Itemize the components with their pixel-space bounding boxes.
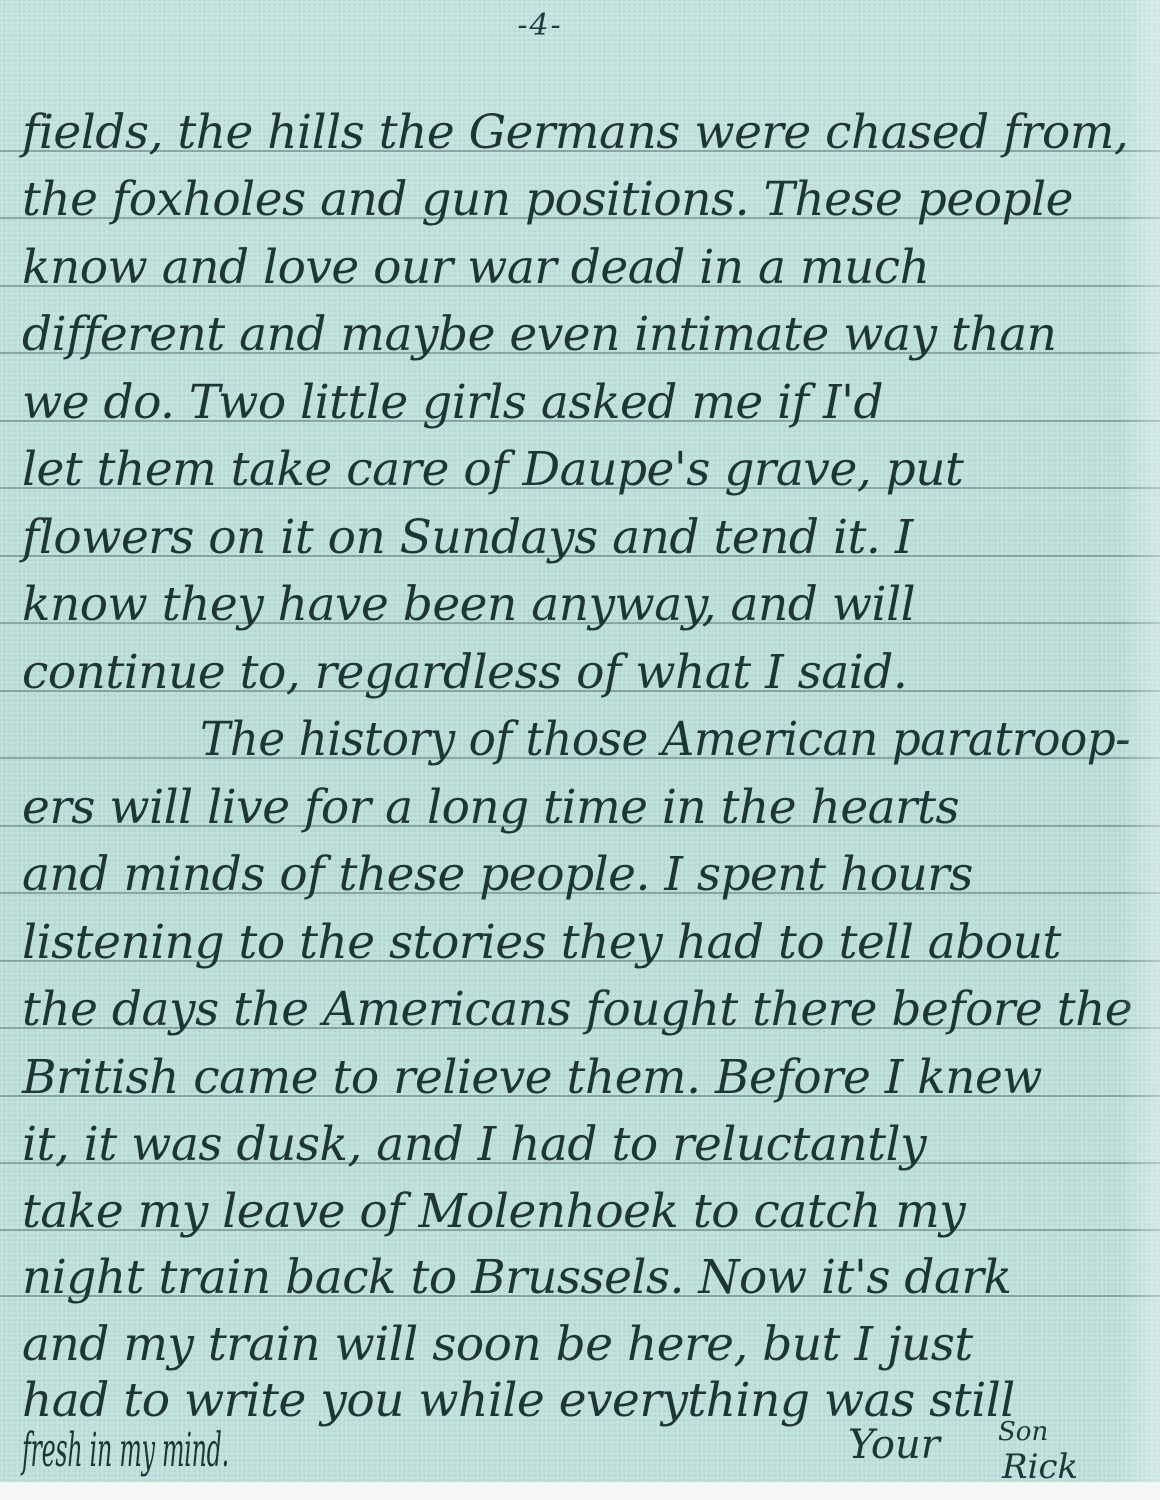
- letter-line: ers will live for a long time in the hea…: [22, 784, 1132, 831]
- letter-line: we do. Two little girls asked me if I'd: [22, 379, 1132, 426]
- letter-line-paragraph-start: The history of those American paratroop-: [200, 716, 1096, 763]
- signature-name: Rick: [1002, 1447, 1078, 1482]
- letter-line: let them take care of Daupe's grave, put: [22, 446, 1132, 493]
- letter-line: and my train will soon be here, but I ju…: [22, 1321, 1132, 1368]
- scan-margin: [0, 1482, 1160, 1500]
- signature-closing: Your: [848, 1425, 940, 1465]
- letter-line: night train back to Brussels. Now it's d…: [22, 1254, 1132, 1301]
- letter-page: -4- fields, the hills the Germans were c…: [0, 0, 1160, 1482]
- letter-line: it, it was dusk, and I had to reluctantl…: [22, 1121, 1132, 1168]
- letter-line: listening to the stories they had to tel…: [22, 919, 1132, 966]
- letter-line: flowers on it on Sundays and tend it. I: [22, 514, 1132, 561]
- letter-line: know and love our war dead in a much: [22, 244, 1132, 291]
- letter-line: know they have been anyway, and will: [22, 581, 1132, 628]
- letter-line: different and maybe even intimate way th…: [22, 311, 1132, 358]
- letter-line: fresh in my mind.: [22, 1427, 583, 1474]
- letter-line: had to write you while everything was st…: [22, 1377, 1132, 1424]
- page-number: -4-: [0, 8, 1120, 43]
- signature: Your Son Rick: [848, 1425, 940, 1465]
- letter-line: continue to, regardless of what I said.: [22, 649, 1132, 696]
- letter-line: fields, the hills the Germans were chase…: [22, 109, 1132, 156]
- letter-line: the days the Americans fought there befo…: [22, 986, 1132, 1033]
- letter-line: British came to relieve them. Before I k…: [22, 1054, 1132, 1101]
- letter-line: the foxholes and gun positions. These pe…: [22, 176, 1132, 223]
- letter-line: take my leave of Molenhoek to catch my: [22, 1188, 1132, 1235]
- signature-relation: Son: [998, 1417, 1048, 1447]
- letter-line: and minds of these people. I spent hours: [22, 851, 1132, 898]
